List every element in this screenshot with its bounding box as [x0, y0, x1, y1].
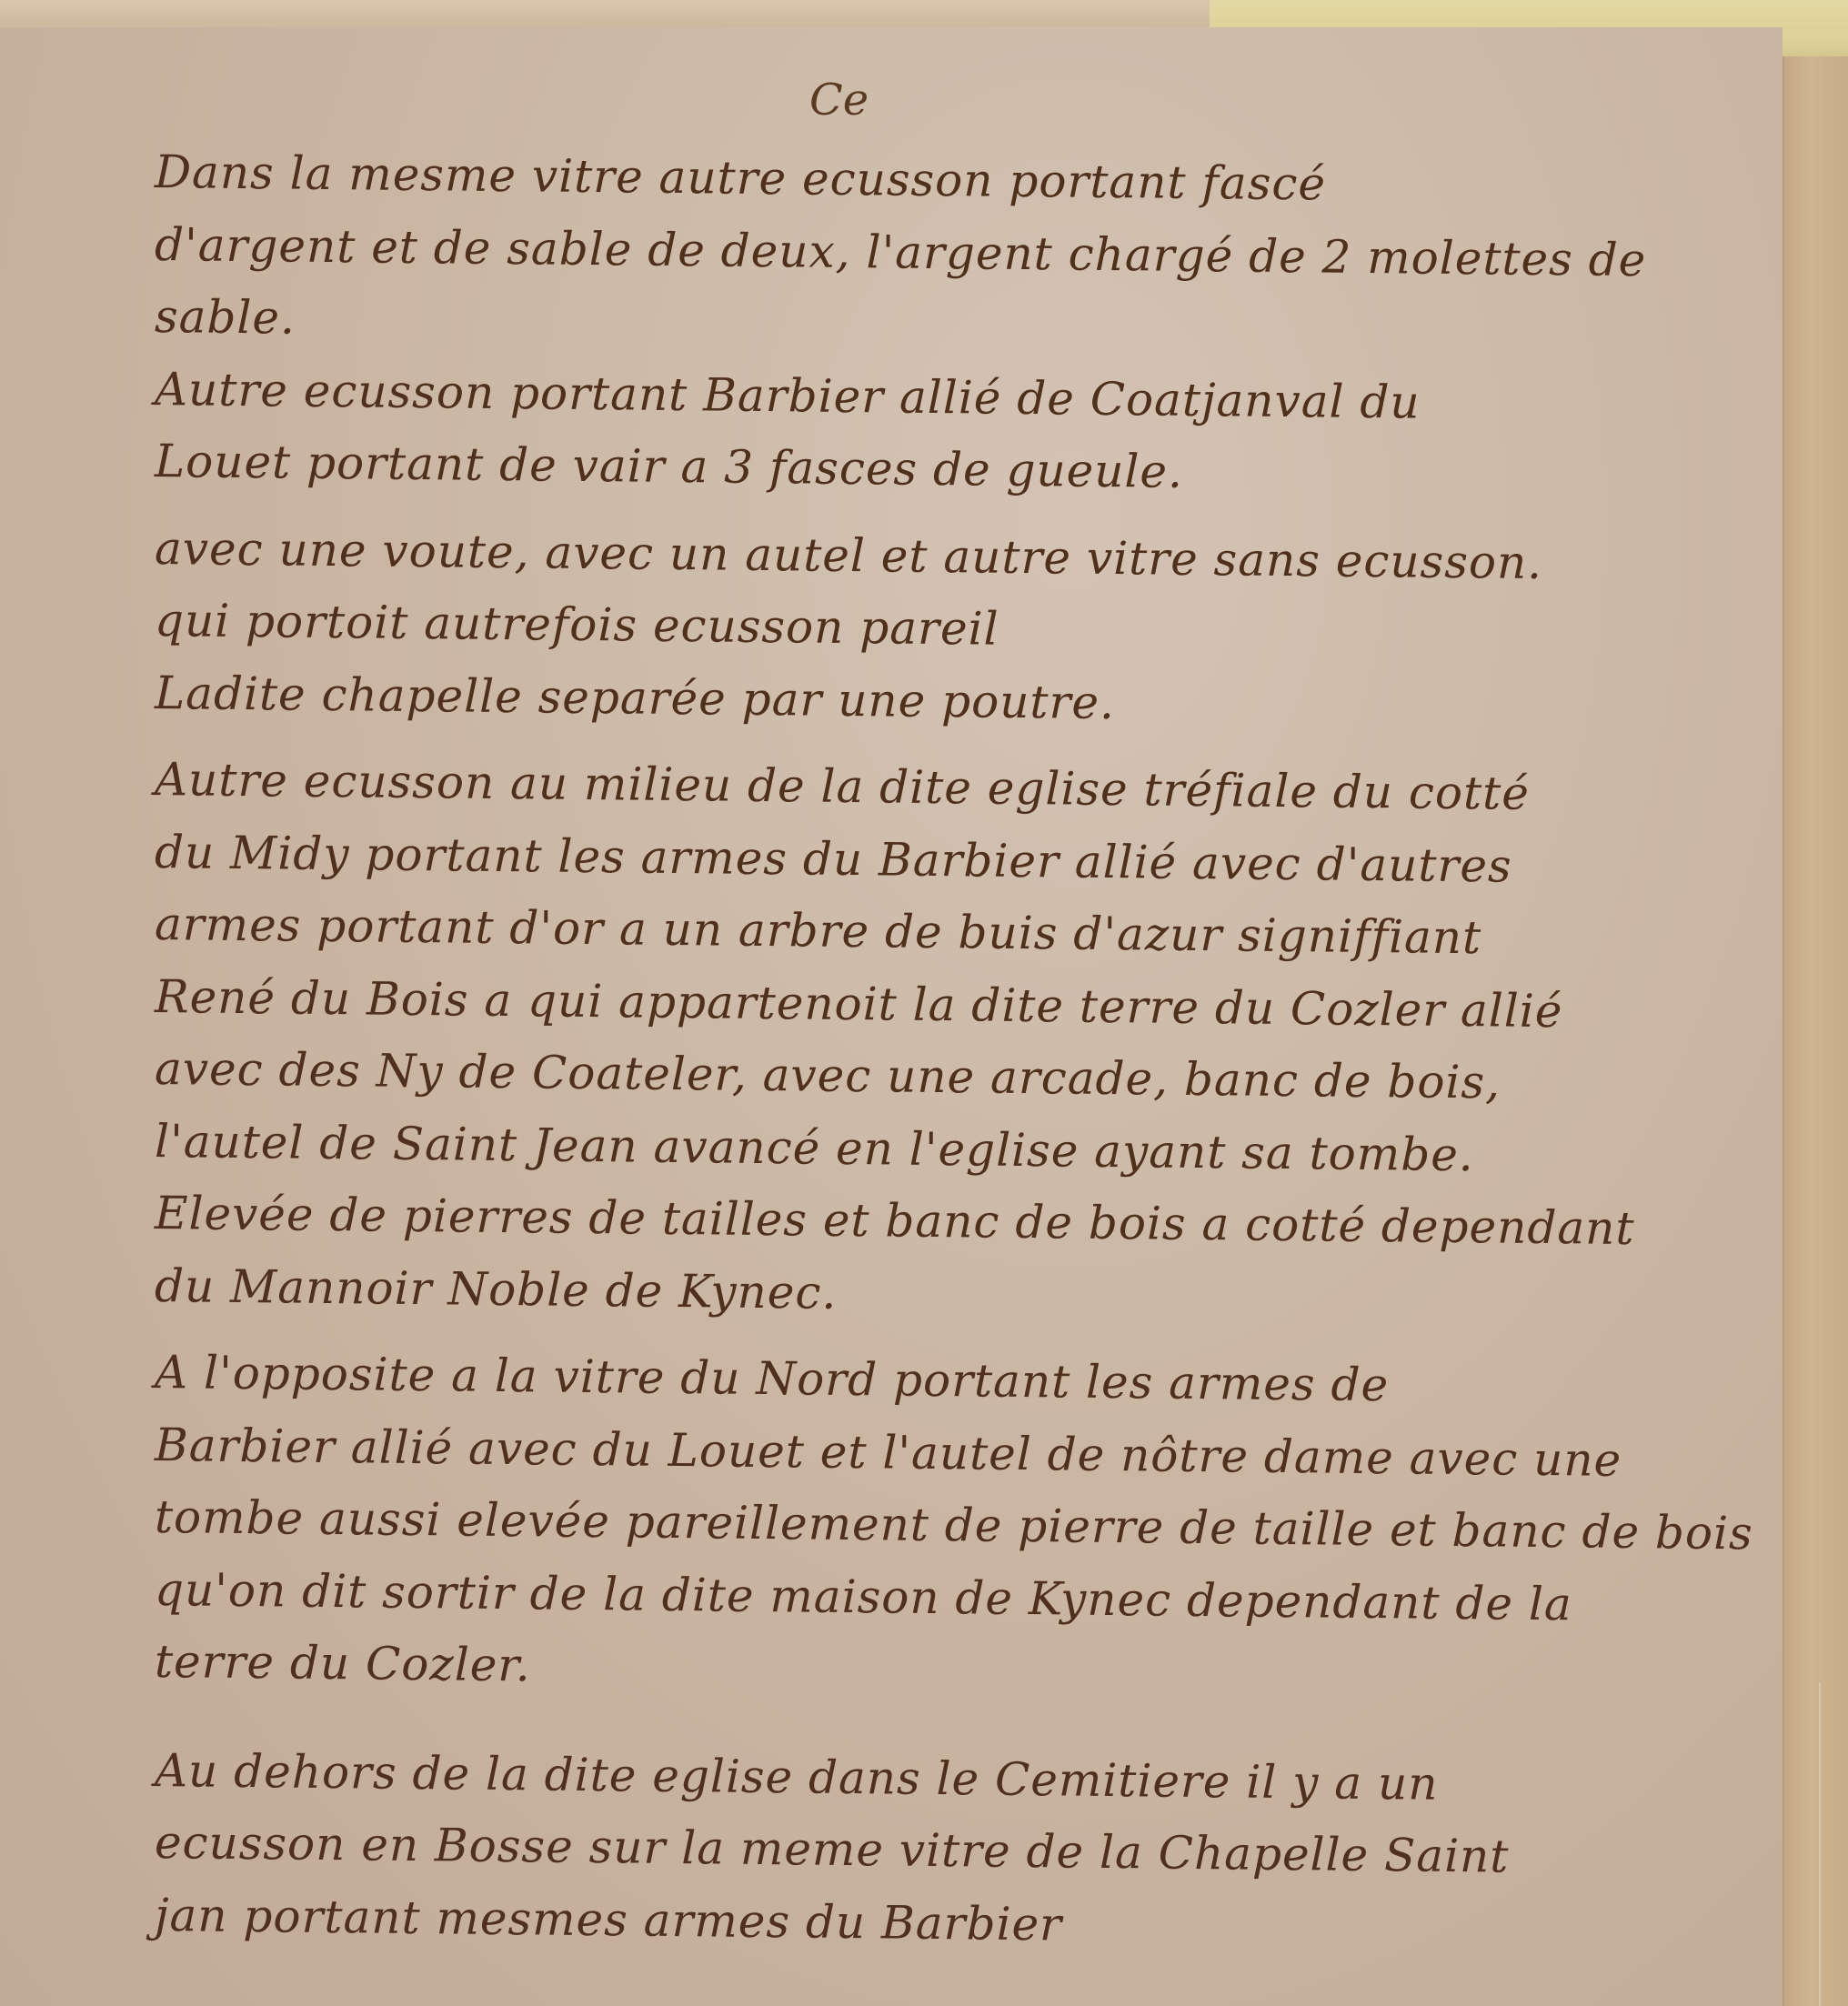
page-edge-strip [1783, 56, 1848, 2006]
page-edge-crease [1819, 1682, 1821, 2006]
header-flourish-mark: Ce [809, 75, 869, 125]
text-line: Louet portant de vair a 3 fasces de gueu… [155, 426, 1729, 515]
manuscript-text: Dans la mesme vitre autre ecusson portan… [155, 136, 1728, 1951]
text-line: terre du Cozler. [155, 1626, 1729, 1715]
